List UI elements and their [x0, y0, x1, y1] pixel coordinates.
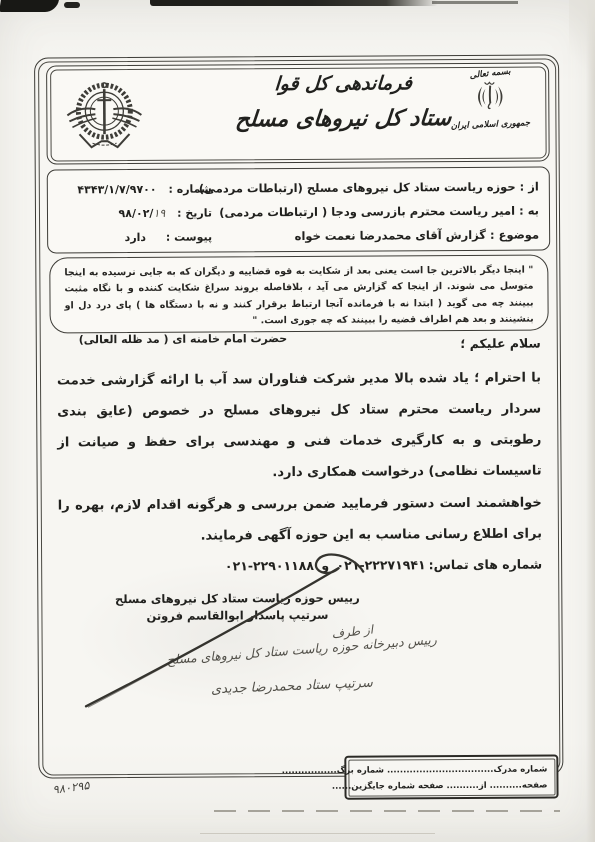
letter-meta-box: از : حوزه ریاست ستاد کل نیروهای مسلح (ار…: [47, 166, 551, 253]
from-value: حوزه ریاست ستاد کل نیروهای مسلح (ارتباطا…: [199, 180, 516, 196]
letterhead: فرماندهی کل قوا ستاد کل نیروهای مسلح بسم…: [46, 62, 550, 164]
subject-row: موضوع : گزارش آقای محمدرضا نعمت خواه: [187, 223, 539, 249]
document-registry-box: شماره مدرک..............................…: [344, 754, 558, 799]
number-value: ۴۳۴۳/۱/۷/۹۷۰۰: [77, 183, 156, 196]
contacts-label: شماره های تماس:: [429, 557, 543, 573]
to-row: به : امیر ریاست محترم بازرسی ودجا ( ارتب…: [187, 199, 539, 225]
letter-body: سلام علیکم ؛ با احترام ؛ یاد شده بالا مد…: [57, 336, 542, 575]
to-value: امیر ریاست محترم بازرسی ودجا ( ارتباطات …: [219, 204, 515, 220]
body-paragraph-1: با احترام ؛ یاد شده بالا مدیر شرکت فناور…: [57, 363, 542, 490]
armed-forces-staff-emblem-icon: [61, 74, 148, 159]
subject-label: موضوع :: [490, 228, 539, 242]
meta-routing: از : حوزه ریاست ستاد کل نیروهای مسلح (ار…: [187, 175, 539, 249]
attachment-row: پیوست : دارد: [60, 226, 212, 251]
iran-emblem-icon: [474, 79, 506, 115]
handwritten-registry-number: ۹۸۰۲۹۵: [52, 778, 91, 797]
body-paragraph-2: خواهشمند است دستور فرمایید ضمن بررسی و ه…: [58, 488, 542, 553]
attachment-label: پیوست :: [166, 231, 212, 244]
number-label: شماره :: [168, 183, 211, 196]
date-handwritten-day: ۱۹: [153, 207, 165, 220]
salutation: سلام علیکم ؛: [57, 336, 541, 354]
to-label: به :: [519, 204, 539, 218]
subject-value: گزارش آقای محمدرضا نعمت خواه: [295, 228, 486, 243]
leader-quote-box: " اینجا دیگر بالاترین جا است یعنی بعد از…: [49, 254, 548, 333]
date-value: ۹۸/۰۲/۱۹: [118, 207, 165, 220]
letter-sheet: فرماندهی کل قوا ستاد کل نیروهای مسلح بسم…: [0, 0, 595, 842]
date-label: تاریخ :: [177, 207, 212, 220]
date-row: تاریخ : ۹۸/۰۲/۱۹: [60, 202, 212, 227]
from-label: از :: [520, 180, 539, 194]
signature-stroke: [59, 549, 390, 721]
registry-fields-line-1: شماره مدرک..............................…: [352, 761, 547, 778]
republic-text: جمهوری اسلامی ایران: [442, 118, 538, 132]
scanned-letter-page: فرماندهی کل قوا ستاد کل نیروهای مسلح بسم…: [0, 0, 595, 842]
attachment-value: دارد: [125, 231, 146, 244]
from-row: از : حوزه ریاست ستاد کل نیروهای مسلح (ار…: [187, 175, 539, 201]
meta-reference: شماره : ۴۳۴۳/۱/۷/۹۷۰۰ تاریخ : ۹۸/۰۲/۱۹ پ…: [60, 178, 212, 251]
state-seal-block: بسمه تعالی جمهوری اسلامی ایران: [442, 69, 538, 131]
quote-text: " اینجا دیگر بالاترین جا است یعنی بعد از…: [64, 263, 533, 331]
registry-fields-line-2: صفحه.......... از.......... صفحه شماره ج…: [352, 777, 547, 794]
number-row: شماره : ۴۳۴۳/۱/۷/۹۷۰۰: [60, 178, 212, 203]
